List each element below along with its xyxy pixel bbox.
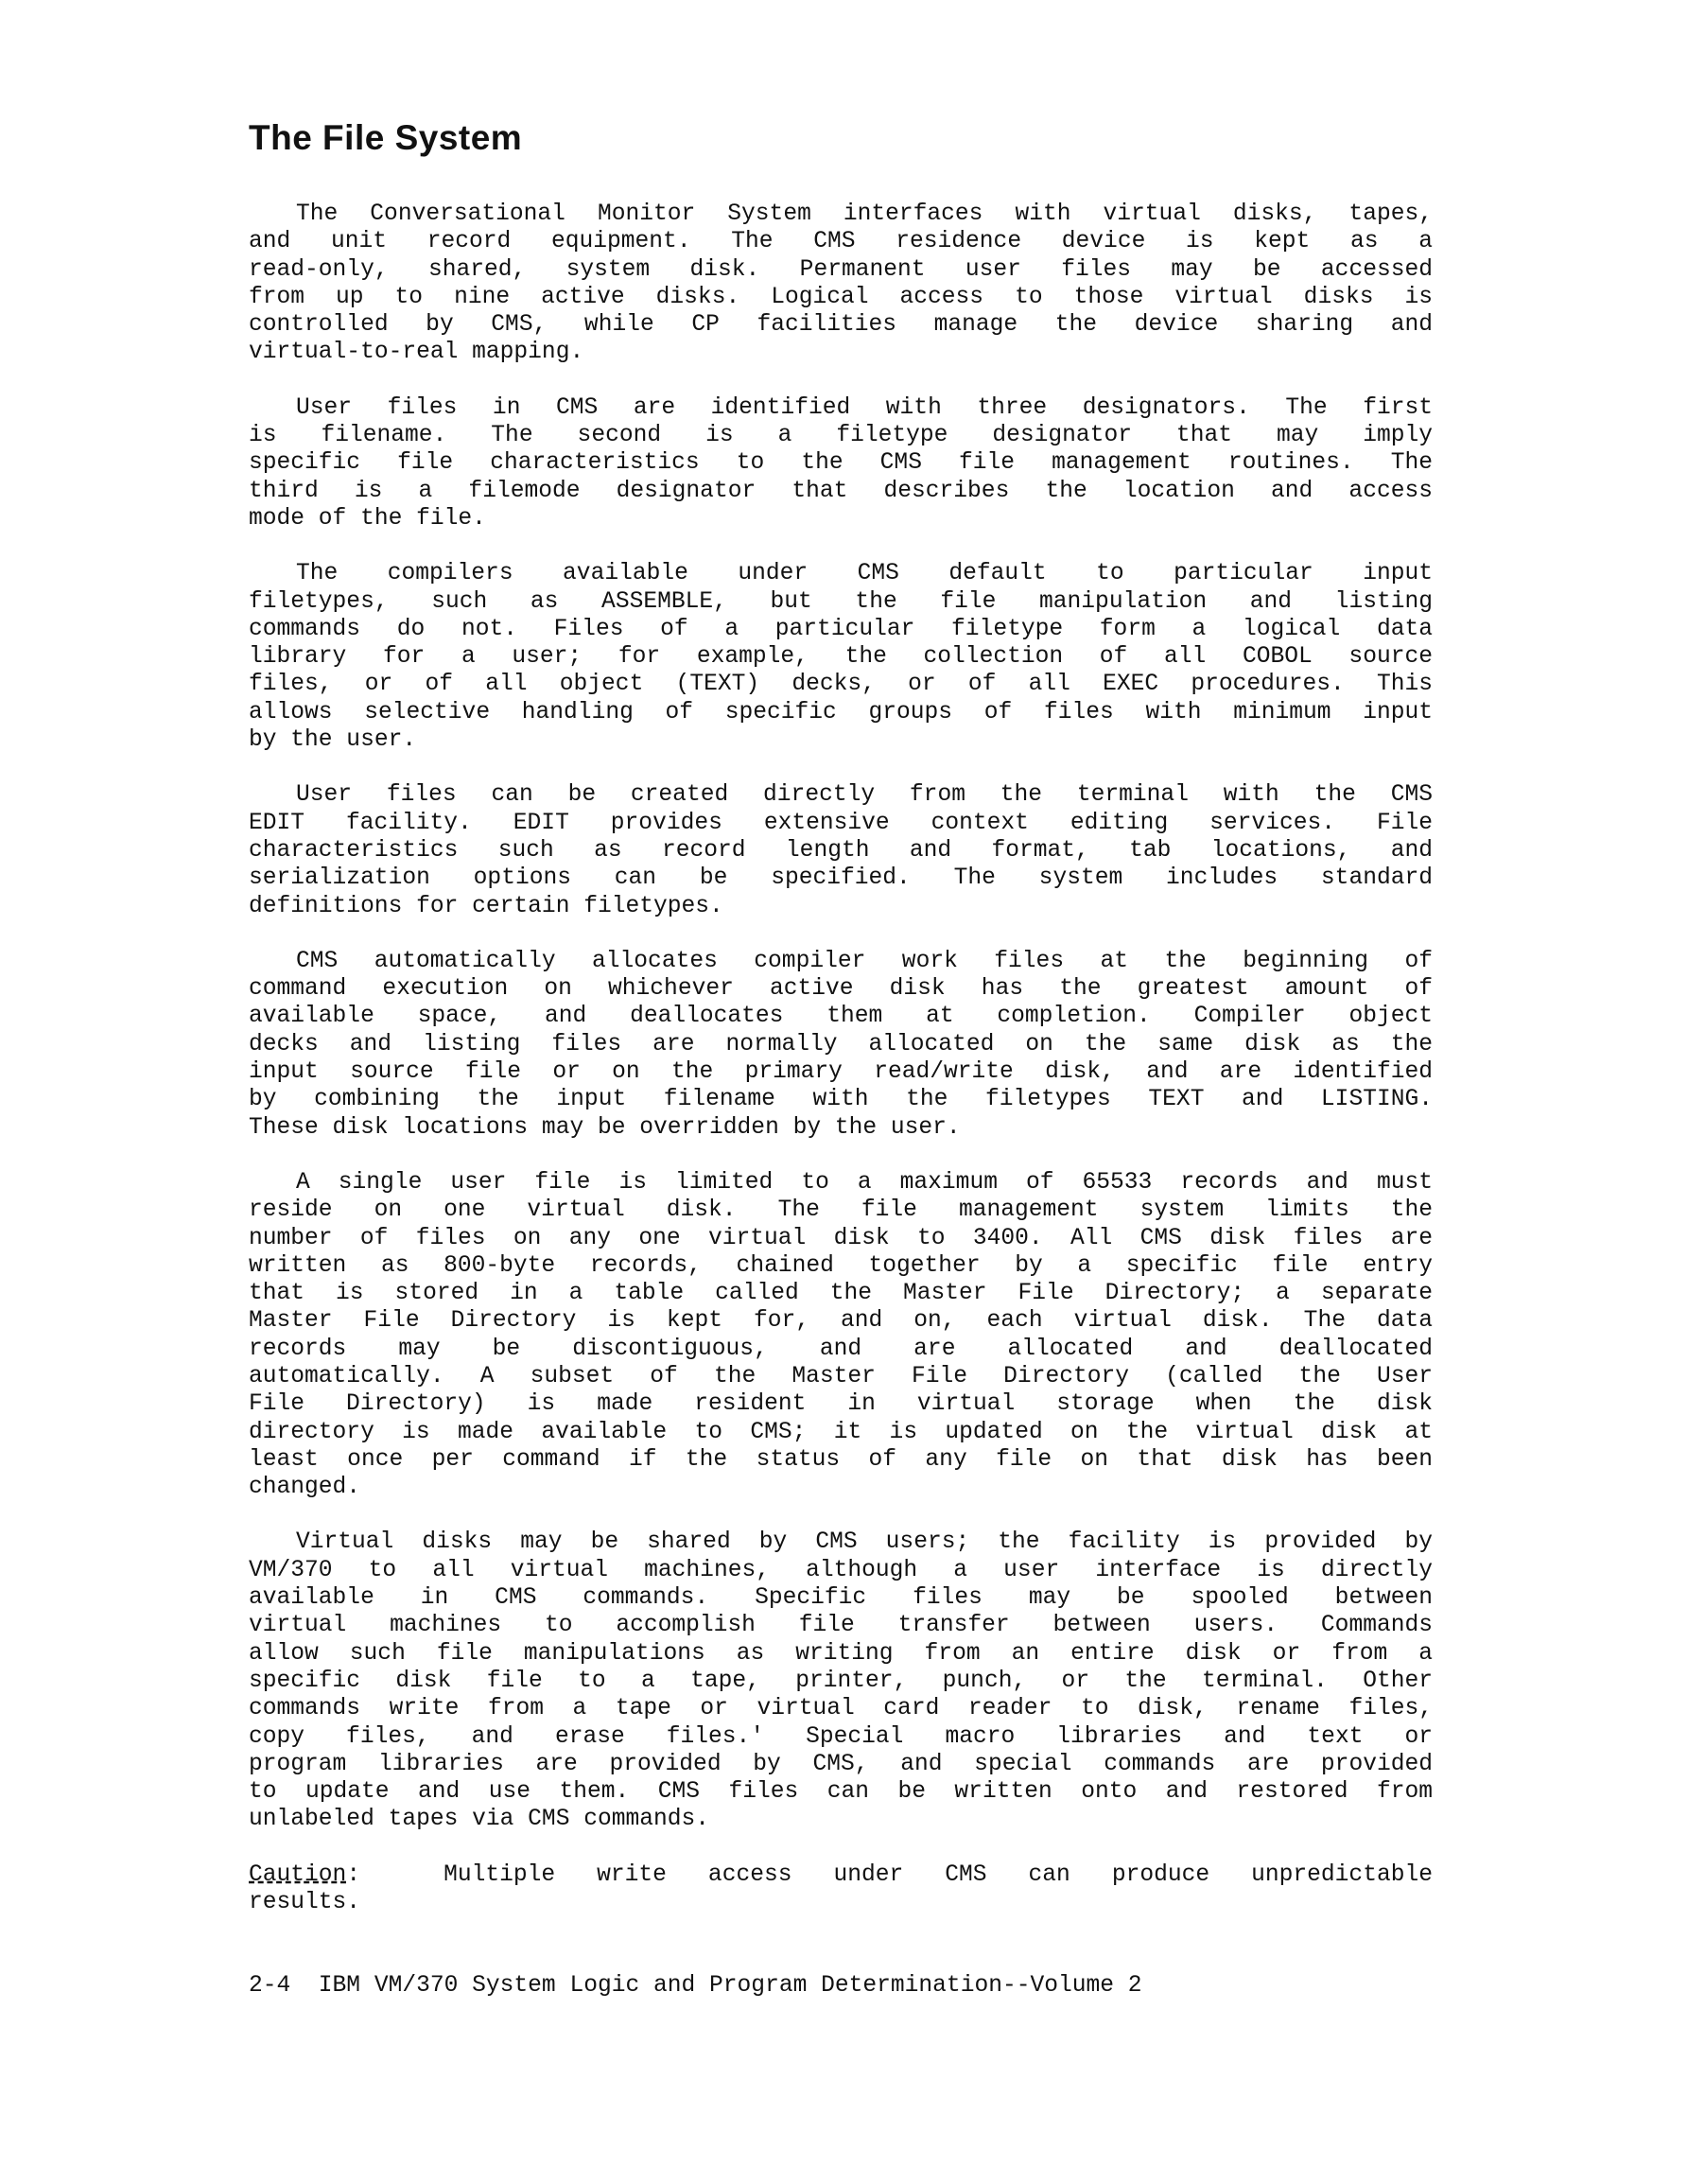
paragraph: A single user file is limited to a maxim… [249,1169,1433,1502]
text-line: File Directory) is made resident in virt… [249,1390,1433,1418]
text-line: decks and listing files are normally all… [249,1031,1433,1058]
text-line: automatically. A subset of the Master Fi… [249,1363,1433,1390]
text-line: third is a filemode designator that desc… [249,478,1433,505]
text-line: The Conversational Monitor System interf… [249,201,1433,228]
text-line: CMS automatically allocates compiler wor… [249,948,1433,975]
text-line: copy files, and erase files.' Special ma… [249,1723,1433,1751]
text-line: changed. [249,1474,1433,1501]
caution-line-2: results. [249,1889,1433,1916]
text-line: virtual-to-real mapping. [249,339,1433,366]
paragraph: The compilers available under CMS defaul… [249,560,1433,754]
caution-colon: : [346,1862,360,1888]
text-line: library for a user; for example, the col… [249,643,1433,671]
text-line: Virtual disks may be shared by CMS users… [249,1529,1433,1556]
text-line: from up to nine active disks. Logical ac… [249,284,1433,311]
text-line: virtual machines to accomplish file tran… [249,1612,1433,1639]
text-line: unlabeled tapes via CMS commands. [249,1806,1433,1833]
paragraph: The Conversational Monitor System interf… [249,201,1433,367]
body-text: The Conversational Monitor System interf… [249,201,1433,1834]
text-line: filetypes, such as ASSEMBLE, but the fil… [249,588,1433,616]
text-line: available in CMS commands. Specific file… [249,1584,1433,1612]
text-line: controlled by CMS, while CP facilities m… [249,311,1433,339]
text-line: is filename. The second is a filetype de… [249,422,1433,449]
paragraph: User files in CMS are identified with th… [249,394,1433,533]
text-line: records may be discontiguous, and are al… [249,1336,1433,1363]
text-line: VM/370 to all virtual machines, although… [249,1557,1433,1584]
text-line: read-only, shared, system disk. Permanen… [249,256,1433,284]
text-line: commands do not. Files of a particular f… [249,616,1433,643]
text-line: A single user file is limited to a maxim… [249,1169,1433,1197]
paragraph: Virtual disks may be shared by CMS users… [249,1529,1433,1833]
text-line: reside on one virtual disk. The file man… [249,1197,1433,1224]
caution-line-1: Caution: Multiple write access under CMS… [249,1861,1433,1889]
text-line: The compilers available under CMS defaul… [249,560,1433,587]
text-line: commands write from a tape or virtual ca… [249,1695,1433,1722]
text-line: program libraries are provided by CMS, a… [249,1751,1433,1778]
paragraph: User files can be created directly from … [249,781,1433,919]
text-line: serialization options can be specified. … [249,865,1433,892]
text-line: written as 800-byte records, chained tog… [249,1252,1433,1280]
text-line: allow such file manipulations as writing… [249,1640,1433,1668]
text-line: by the user. [249,726,1433,754]
caution-text: Multiple write access under CMS can prod… [360,1862,1433,1888]
text-line: files, or of all object (TEXT) decks, or… [249,671,1433,698]
section-heading: The File System [249,112,1433,165]
text-line: Master File Directory is kept for, and o… [249,1307,1433,1335]
caution-note: Caution: Multiple write access under CMS… [249,1861,1433,1917]
text-line: characteristics such as record length an… [249,837,1433,865]
text-line: that is stored in a table called the Mas… [249,1280,1433,1307]
text-line: mode of the file. [249,505,1433,533]
text-line: allows selective handling of specific gr… [249,699,1433,726]
paragraph: CMS automatically allocates compiler wor… [249,948,1433,1142]
text-line: to update and use them. CMS files can be… [249,1778,1433,1806]
text-line: by combining the input filename with the… [249,1086,1433,1113]
text-line: definitions for certain filetypes. [249,893,1433,920]
text-line: EDIT facility. EDIT provides extensive c… [249,810,1433,837]
text-line: and unit record equipment. The CMS resid… [249,228,1433,255]
text-line: specific disk file to a tape, printer, p… [249,1668,1433,1695]
caution-label: Caution [249,1862,346,1888]
document-page: The File System The Conversational Monit… [249,112,1433,1944]
text-line: directory is made available to CMS; it i… [249,1419,1433,1446]
text-line: specific file characteristics to the CMS… [249,449,1433,477]
text-line: input source file or on the primary read… [249,1058,1433,1086]
text-line: command execution on whichever active di… [249,975,1433,1003]
text-line: User files in CMS are identified with th… [249,394,1433,422]
text-line: available space, and deallocates them at… [249,1003,1433,1030]
text-line: User files can be created directly from … [249,781,1433,809]
text-line: These disk locations may be overridden b… [249,1114,1433,1142]
page-footer: 2-4 IBM VM/370 System Logic and Program … [249,1972,1142,2001]
text-line: least once per command if the status of … [249,1446,1433,1474]
text-line: number of files on any one virtual disk … [249,1225,1433,1252]
